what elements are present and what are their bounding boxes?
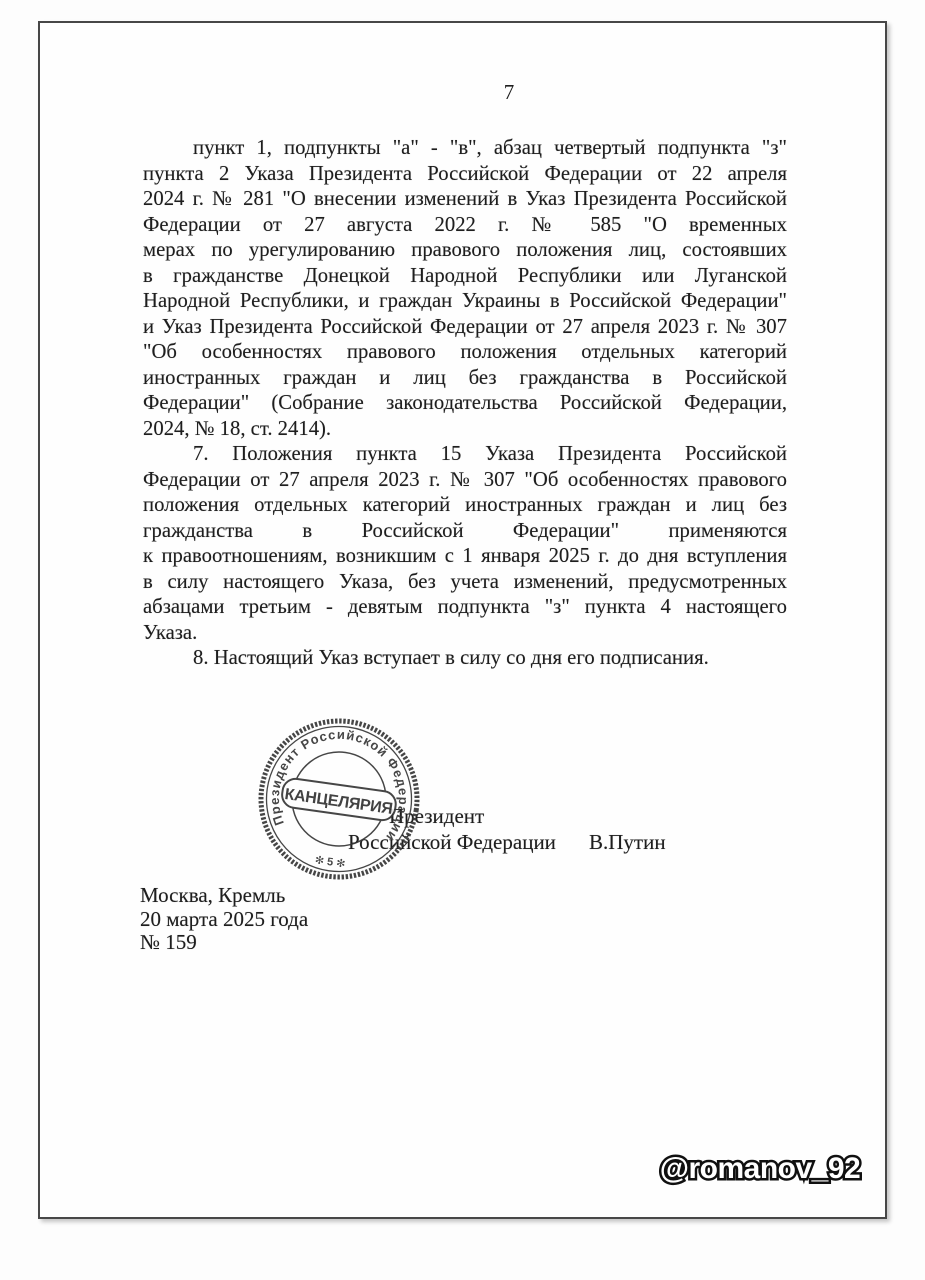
body-line: к правоотношениям, возникшим с 1 января …	[143, 544, 787, 570]
body-line: Федерации от 27 апреля 2023 г. № 307 "Об…	[143, 468, 787, 494]
body-line: "Об особенностях правового положения отд…	[143, 340, 787, 366]
document-page: 7 пункт 1, подпункты "а" - "в", абзац че…	[0, 0, 925, 1280]
issue-date: 20 марта 2025 года	[140, 908, 308, 932]
watermark-text: @romanov_92	[660, 1152, 861, 1185]
body-line: в силу настоящего Указа, без учета измен…	[143, 570, 787, 596]
body-line: и Указ Президента Российской Федерации о…	[143, 315, 787, 341]
page-number: 7	[143, 80, 831, 105]
chancellery-stamp-icon: Президент Российской Федерации ✻ 5 ✻ КАН…	[249, 709, 429, 889]
body-line: в гражданстве Донецкой Народной Республи…	[143, 264, 787, 290]
body-line: положения отдельных категорий иностранны…	[143, 493, 787, 519]
decree-number: № 159	[140, 931, 308, 955]
body-line: иностранных граждан и лиц без гражданств…	[143, 366, 787, 392]
issue-block: Москва, Кремль 20 марта 2025 года № 159	[140, 884, 308, 955]
body-line: гражданства в Российской Федерации" прим…	[143, 519, 787, 545]
body-line: Народной Республики, и граждан Украины в…	[143, 289, 787, 315]
watermark: @romanov_92	[630, 1136, 890, 1200]
body-line: пункта 2 Указа Президента Российской Фед…	[143, 162, 787, 188]
body-line: 8. Настоящий Указ вступает в силу со дня…	[143, 646, 787, 672]
decree-body: пункт 1, подпункты "а" - "в", абзац четв…	[143, 136, 787, 672]
body-line: Федерации от 27 августа 2022 г. № 585 "О…	[143, 213, 787, 239]
body-line: 7. Положения пункта 15 Указа Президента …	[143, 442, 787, 468]
body-line: 2024, № 18, ст. 2414).	[143, 417, 787, 443]
body-line: 2024 г. № 281 "О внесении изменений в Ук…	[143, 187, 787, 213]
body-line: абзацами третьим - девятым подпункта "з"…	[143, 595, 787, 621]
body-line: мерах по урегулированию правового положе…	[143, 238, 787, 264]
body-line: Федерации" (Собрание законодательства Ро…	[143, 391, 787, 417]
body-line: Указа.	[143, 621, 787, 647]
signature-name: В.Путин	[589, 830, 666, 855]
body-line: пункт 1, подпункты "а" - "в", абзац четв…	[143, 136, 787, 162]
